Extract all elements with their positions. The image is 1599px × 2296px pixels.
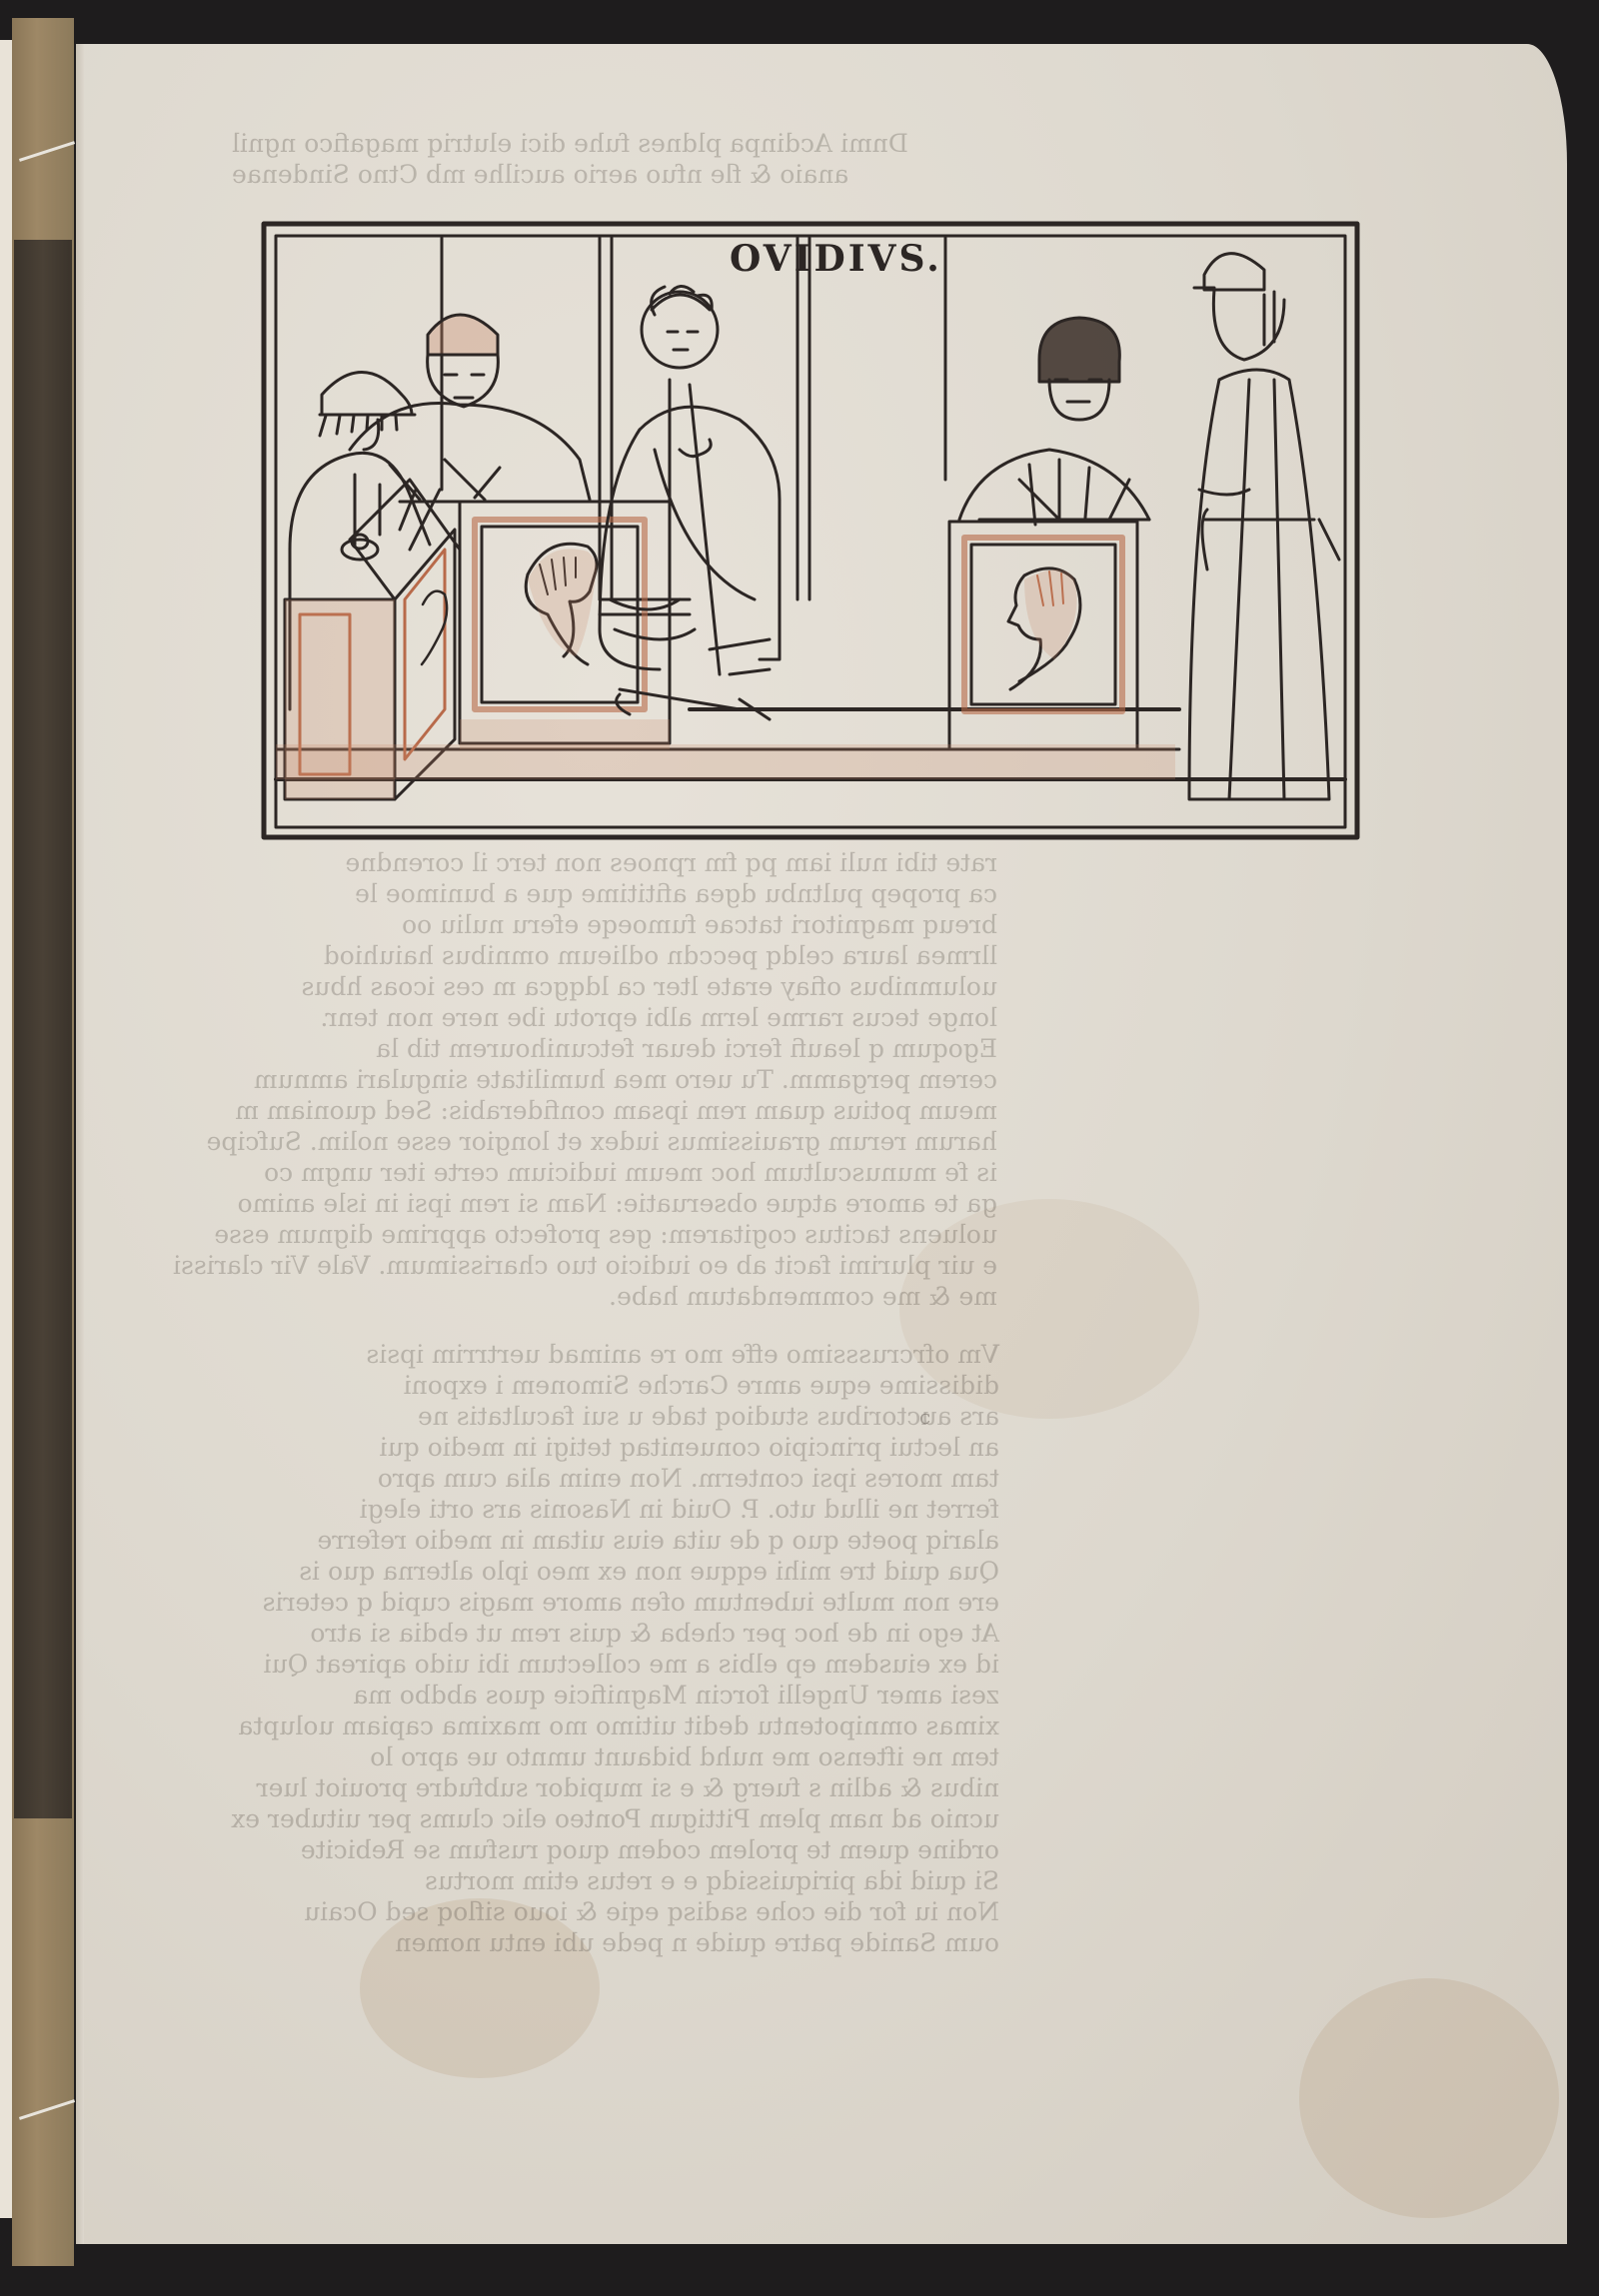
page-gutter xyxy=(76,44,84,2244)
show-through-top: Dnmi Acdinpa pldnes fuhe dici elutriq ma… xyxy=(232,128,1291,190)
woodcut-illustration xyxy=(260,220,1361,841)
show-through-middle: rate tibi nuli iam pq fm rpnoes non terc… xyxy=(258,847,997,1312)
margin-mark: c xyxy=(919,1405,930,1429)
woodcut-caption: OVIDIVS. xyxy=(730,238,942,280)
paper-stain xyxy=(1299,1978,1559,2218)
show-through-lower: Vm ofrcrusssimo effe mo re animad uertrr… xyxy=(310,1339,999,1958)
book-binding xyxy=(0,0,80,2296)
spine-leather xyxy=(14,240,72,1818)
